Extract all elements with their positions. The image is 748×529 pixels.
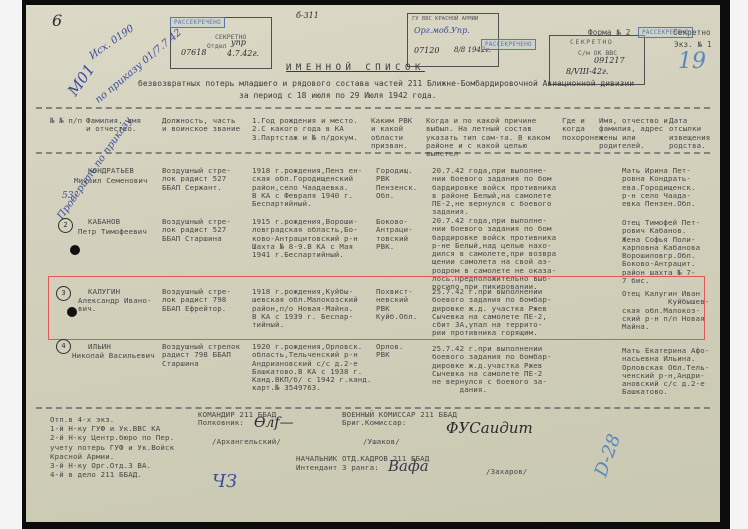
row-number-circled: 2 [58,218,73,233]
handwritten-mark: D-28 [591,431,626,479]
subtitle-line-1: безвозвратных потерь младшего и рядового… [138,79,634,88]
row-reason: 25.7.42 г.при выполнении боевого задания… [432,345,552,395]
declassified-stamp: РАССЕКРЕЧЕНО [481,39,536,50]
commander-rank: Полковник: [198,419,244,427]
row-birth: 1915 г.рождения,Вороши- ловградская обла… [252,218,358,259]
punch-hole [67,307,77,317]
stamp-secret-label: СЕКРЕТНО [570,38,613,46]
stamp-date: 4.7.42г. [227,49,259,58]
commissar-name: /Ушаков/ [363,438,400,446]
row-position: Воздушный стре- лок радист 798 ББАП Ефре… [162,288,231,313]
commander-signature: Ѳлf— [254,415,294,431]
declassified-stamp: РАССЕКРЕЧЕНО [170,17,225,28]
col-header-position: Должность, часть и воинское звание [162,117,242,134]
top-note: б-311 [296,11,319,20]
col-header-reason: Когда и по какой причине выбыл. На летны… [426,117,554,158]
stamp-org: ГУ ВВС КРАСНОЙ АРМИИ [412,16,478,22]
document-page: 6 б-311 РАССЕКРЕЧЕНО СЕКРЕТНО Отдел 0761… [26,5,720,522]
row-given-name: Михаил Семенович [74,177,148,185]
row-relatives: Мать Ирина Пет- ровна Кондрать- ева.Горо… [622,167,696,208]
stamp-number: 07618 [181,48,206,57]
personnel-rank: Интендант 3 ранга: [296,464,379,472]
stamp-left: РАССЕКРЕЧЕНО СЕКРЕТНО Отдел 07618 упр 4.… [170,17,272,69]
row-relatives: Отец Калугин Иван Куйбышев- ская обл.Мал… [622,290,709,331]
stamp-number: 091217 [594,56,625,65]
row-number-circled: 4 [56,339,71,354]
row-rvk: Боково- Антраци- товский РВК. [376,218,413,251]
handwritten-note: М01 [64,61,99,100]
stamp-dept-value: Орг.моб.Упр. [414,26,470,35]
row-surname: КОНДРАТЬЕВ [88,167,134,175]
col-header-buried: Где и когда похоронен [562,117,596,142]
divider [36,407,710,409]
row-position: Воздушный стре- лок радист 527 ББАП Серж… [162,167,231,192]
stamp-dept-value: упр [231,38,246,47]
handwritten-note: Исх. 0190 [88,23,137,62]
page-number: 6 [52,11,62,30]
row-surname: КАБАНОВ [88,218,120,226]
page-mark: 19 [678,49,706,74]
row-reason: 20.7.42 года,при выполне- нии боевого за… [432,167,556,217]
commissar-rank: Бриг.Комиссар: [342,419,406,427]
col-header-relatives: Имя, отчество и фамилия, адрес жены или … [599,117,669,150]
row-rvk: Похвист- невский РВК Куйб.Обл. [376,288,417,321]
commander-name: /Архангельский/ [212,438,281,446]
col-header-rvk: Каким РВК и какой области призван. [371,117,419,150]
row-reason: 25.7.42 г.при выполнении боевого задания… [432,288,552,338]
row-birth: 1918 г.рождения,Куйбы- шевская обл.Малок… [252,288,358,329]
stamp-right: СЕКРЕТНО С/м ОК ВВС 091217 8/VIII-42г. [549,35,645,85]
handwritten-note: 53 [62,191,73,201]
col-header-birth: 1.Год рождения и место. 2.С какого года … [252,117,358,142]
stamp-dept-label: Отдел [207,42,227,50]
punch-hole [70,245,80,255]
stamp-date: 8/VIII-42г. [566,67,609,76]
col-header-name: Фамилия, имя и отчество. [86,117,146,134]
row-position: Воздушный стрелок радист 798 ББАП Старши… [162,343,240,368]
subtitle-line-2: за период с 18 июля по 29 Июля 1942 года… [239,91,436,100]
row-relatives: Мать Екатерина Афо- насьевна Ильина. Орл… [622,347,709,397]
page-title: ИМЕННОЙ СПИСОК [286,63,425,73]
row-birth: 1918 г.рождения,Пенз ен- ская обл.Городи… [252,167,362,208]
row-given-name: Николай Васильевич [72,352,155,360]
distribution-list: Отп.в 4-х экз. 1-й Н-ку ГУФ и Ук.ВВС КА … [50,415,174,479]
row-position: Воздушный стре- лок радист 527 ББАП Стар… [162,218,231,243]
row-rvk: Городищ. РВК Пензенск. Обл. [376,167,417,200]
col-header-num: № № п/п [50,117,82,125]
stamp-number: 07120 [414,46,439,55]
handwritten-initials: ЧЗ [212,471,237,492]
row-given-name: Петр Тимофеевич [78,228,147,236]
row-birth: 1920 г.рождения,Орловск. область,Тельчен… [252,343,372,393]
divider [36,107,710,109]
form-label: Форма № 2 [588,29,631,37]
row-rvk: Орлов. РВК [376,343,404,360]
commissar-signature: ФУСаидит [446,419,533,437]
personnel-name: /Захаров/ [486,468,527,476]
row-given-name: Александр Ивано- вич. [78,297,152,314]
personnel-signature: Вафа [388,457,429,475]
col-header-notice: Дата отсылки извещения родства. [669,117,717,150]
row-number-circled: 3 [56,286,71,301]
divider [36,152,710,154]
secrecy-label: Секретно [673,29,711,37]
